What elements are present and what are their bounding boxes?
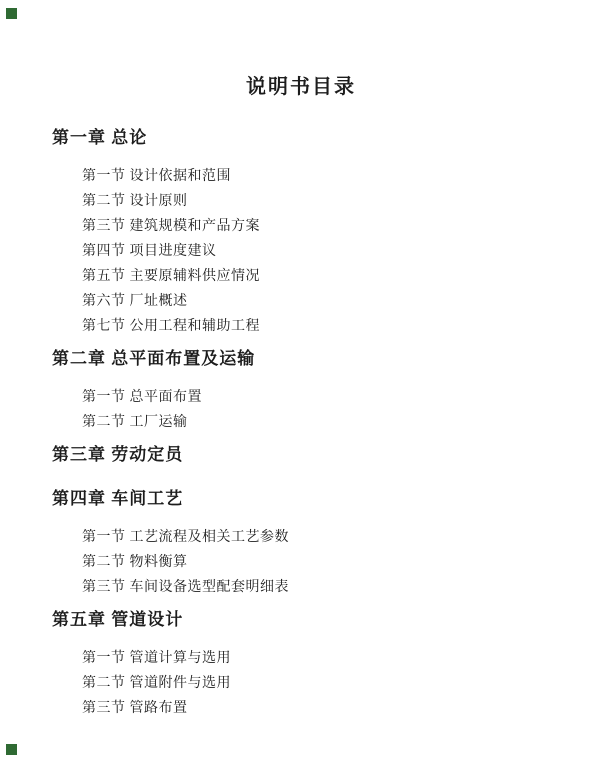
section-item: 第二节 工厂运输 <box>82 410 562 435</box>
section-item: 第一节 管道计算与选用 <box>82 646 562 671</box>
section-item: 第二节 物料衡算 <box>82 550 562 575</box>
table-of-contents: 第一章 总论 第一节 设计依据和范围 第二节 设计原则 第三节 建筑规模和产品方… <box>52 127 562 721</box>
section-item: 第二节 管道附件与选用 <box>82 671 562 696</box>
document-page: 说明书目录 第一章 总论 第一节 设计依据和范围 第二节 设计原则 第三节 建筑… <box>0 0 602 770</box>
section-item: 第三节 车间设备选型配套明细表 <box>82 575 562 600</box>
section-list-4: 第一节 工艺流程及相关工艺参数 第二节 物料衡算 第三节 车间设备选型配套明细表 <box>52 525 562 600</box>
section-list-2: 第一节 总平面布置 第二节 工厂运输 <box>52 385 562 435</box>
section-item: 第五节 主要原辅料供应情况 <box>82 264 562 289</box>
section-item: 第三节 管路布置 <box>82 696 562 721</box>
section-item: 第一节 设计依据和范围 <box>82 164 562 189</box>
chapter-heading-4: 第四章 车间工艺 <box>52 488 562 510</box>
section-item: 第三节 建筑规模和产品方案 <box>82 214 562 239</box>
chapter-heading-2: 第二章 总平面布置及运输 <box>52 348 562 370</box>
section-list-1: 第一节 设计依据和范围 第二节 设计原则 第三节 建筑规模和产品方案 第四节 项… <box>52 164 562 339</box>
green-corner-marker-icon <box>6 8 17 19</box>
section-item: 第四节 项目进度建议 <box>82 239 562 264</box>
green-corner-marker-icon <box>6 744 17 755</box>
section-list-5: 第一节 管道计算与选用 第二节 管道附件与选用 第三节 管路布置 <box>52 646 562 721</box>
page-title: 说明书目录 <box>0 75 602 99</box>
chapter-heading-5: 第五章 管道设计 <box>52 609 562 631</box>
chapter-heading-3: 第三章 劳动定员 <box>52 444 562 466</box>
section-item: 第一节 总平面布置 <box>82 385 562 410</box>
section-item: 第六节 厂址概述 <box>82 289 562 314</box>
section-item: 第一节 工艺流程及相关工艺参数 <box>82 525 562 550</box>
section-item: 第七节 公用工程和辅助工程 <box>82 314 562 339</box>
chapter-heading-1: 第一章 总论 <box>52 127 562 149</box>
section-item: 第二节 设计原则 <box>82 189 562 214</box>
